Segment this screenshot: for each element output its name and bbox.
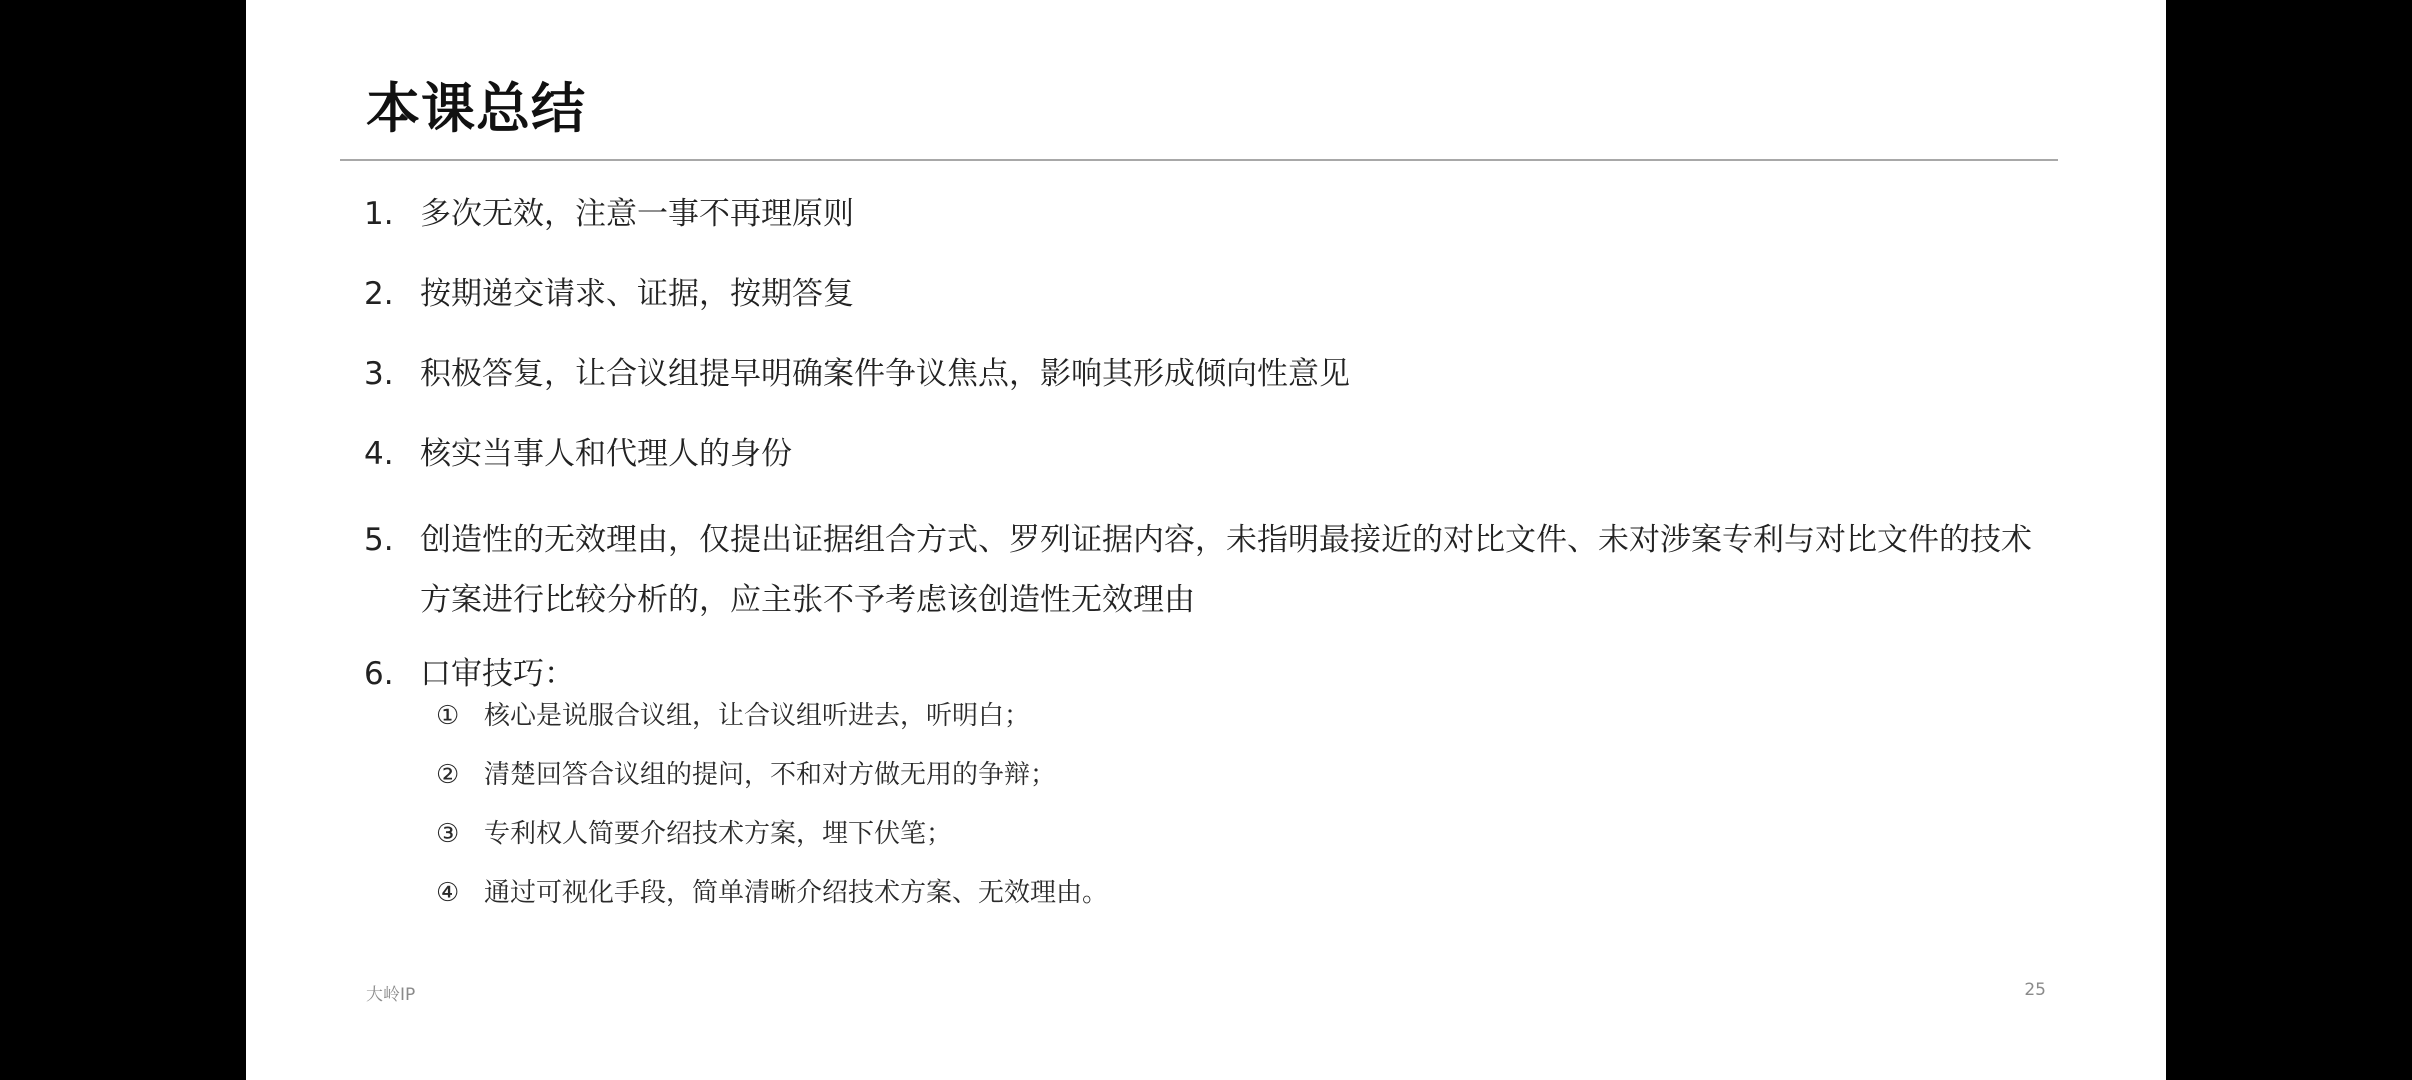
footer-brand: 大岭IP	[366, 980, 415, 1005]
item-number: 2.	[364, 270, 420, 318]
video-viewport: 本课总结 1. 多次无效，注意一事不再理原则 2. 按期递交请求、证据，按期答复…	[0, 0, 2412, 1080]
item-text: 多次无效，注意一事不再理原则	[420, 190, 2044, 238]
hearing-tip-4: ④ 通过可视化手段，简单清晰介绍技术方案、无效理由。	[436, 873, 1108, 913]
item-text: 积极答复，让合议组提早明确案件争议焦点，影响其形成倾向性意见	[420, 350, 2044, 398]
circled-number-marker: ③	[436, 814, 484, 854]
circled-number-marker: ②	[436, 755, 484, 795]
hearing-tip-3: ③ 专利权人简要介绍技术方案，埋下伏笔；	[436, 814, 1108, 854]
item-text: 口审技巧：	[420, 650, 2044, 698]
circled-number-marker: ①	[436, 696, 484, 736]
hearing-tip-1: ① 核心是说服合议组，让合议组听进去，听明白；	[436, 696, 1108, 736]
summary-item-6: 6. 口审技巧：	[364, 650, 2044, 698]
tip-text: 核心是说服合议组，让合议组听进去，听明白；	[484, 696, 1030, 736]
tip-text: 通过可视化手段，简单清晰介绍技术方案、无效理由。	[484, 873, 1108, 913]
circled-number-marker: ④	[436, 873, 484, 913]
summary-item-2: 2. 按期递交请求、证据，按期答复	[364, 270, 2044, 318]
summary-item-1: 1. 多次无效，注意一事不再理原则	[364, 190, 2044, 238]
title-divider	[340, 159, 2058, 161]
summary-item-5: 5. 创造性的无效理由，仅提出证据组合方式、罗列证据内容，未指明最接近的对比文件…	[364, 510, 2044, 630]
item-text: 核实当事人和代理人的身份	[420, 430, 2044, 478]
tip-text: 清楚回答合议组的提问，不和对方做无用的争辩；	[484, 755, 1056, 795]
item-number: 1.	[364, 190, 420, 238]
presentation-slide: 本课总结 1. 多次无效，注意一事不再理原则 2. 按期递交请求、证据，按期答复…	[246, 0, 2166, 1080]
item-number: 5.	[364, 510, 420, 570]
page-number: 25	[2024, 980, 2046, 1000]
item-number: 3.	[364, 350, 420, 398]
summary-item-3: 3. 积极答复，让合议组提早明确案件争议焦点，影响其形成倾向性意见	[364, 350, 2044, 398]
slide-title: 本课总结	[366, 82, 586, 136]
item-text: 按期递交请求、证据，按期答复	[420, 270, 2044, 318]
item-text: 创造性的无效理由，仅提出证据组合方式、罗列证据内容，未指明最接近的对比文件、未对…	[420, 510, 2044, 630]
item-number: 4.	[364, 430, 420, 478]
tip-text: 专利权人简要介绍技术方案，埋下伏笔；	[484, 814, 952, 854]
hearing-tips-list: ① 核心是说服合议组，让合议组听进去，听明白； ② 清楚回答合议组的提问，不和对…	[364, 696, 1108, 932]
summary-item-4: 4. 核实当事人和代理人的身份	[364, 430, 2044, 478]
summary-list: 1. 多次无效，注意一事不再理原则 2. 按期递交请求、证据，按期答复 3. 积…	[364, 190, 2044, 698]
hearing-tip-2: ② 清楚回答合议组的提问，不和对方做无用的争辩；	[436, 755, 1108, 795]
item-number: 6.	[364, 650, 420, 698]
